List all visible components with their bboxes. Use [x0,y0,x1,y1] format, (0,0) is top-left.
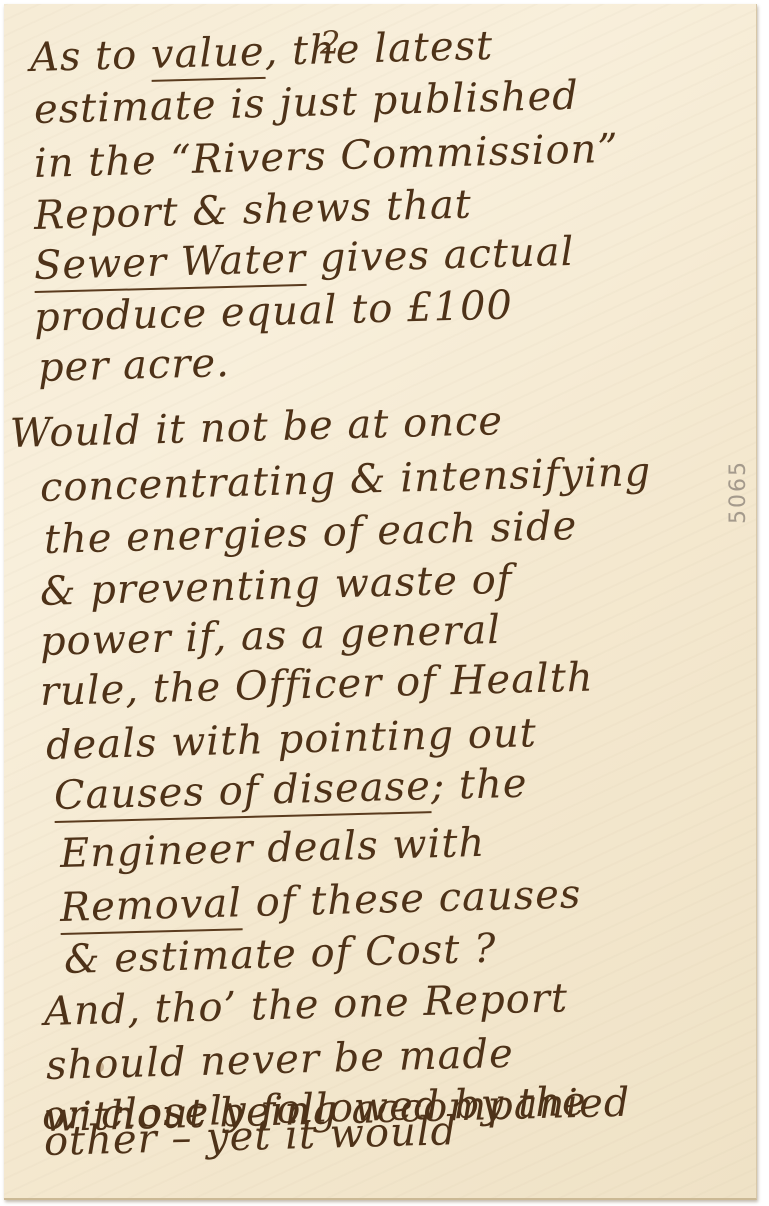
ink-blot [96,1062,104,1072]
manuscript-line: deals with pointing out [45,713,537,766]
manuscript-line: estimate is just published [33,76,579,130]
text-segment: & preventing waste of [39,557,513,615]
manuscript-line: rule, the Officer of Health [39,658,594,712]
underlined-text: value [150,29,265,82]
text-segment: And, tho’ the one Report [43,975,568,1035]
manuscript-line: Removal of these causes [59,874,581,928]
text-segment: rule, the Officer of Health [39,655,594,715]
text-segment: of these causes [241,871,582,926]
margin-pencil-annotation: 5065 [726,460,751,524]
text-segment: other – yet it would [43,1108,457,1165]
manuscript-line: As to value, the latest [29,26,493,78]
text-segment: per acre. [37,340,230,391]
manuscript-line: & estimate of Cost ? [63,929,497,980]
manuscript-line: Report & shews that [33,185,472,236]
underlined-text: Removal [59,880,242,935]
manuscript-line: per acre. [37,343,230,388]
underlined-text: Causes of disease [53,763,431,823]
text-segment: & estimate of Cost ? [63,926,497,983]
manuscript-line: Would it not be at once [9,401,503,454]
text-segment: deals with pointing out [45,710,537,769]
manuscript-line: in the “Rivers Commission” [33,129,619,184]
text-segment: gives actual [305,229,574,282]
text-segment: ; the [430,761,528,810]
text-segment: Would it not be at once [9,398,503,457]
text-segment: should never be made [45,1031,514,1089]
text-segment: Engineer deals with [59,820,485,877]
text-segment: , the latest [264,23,494,75]
manuscript-line: And, tho’ the one Report [43,978,568,1032]
manuscript-page: 2 As to value, the latestestimate is jus… [4,4,757,1200]
manuscript-line: produce equal to £100 [33,285,513,338]
text-segment: concentrating & intensifying [39,449,651,511]
text-segment: produce equal to £100 [33,282,513,341]
manuscript-line: Engineer deals with [59,823,485,874]
text-segment: in the “Rivers Commission” [33,126,619,187]
manuscript-line: Sewer Water gives actual [33,232,574,286]
text-segment: the energies of each side [43,503,577,563]
manuscript-line: Causes of disease; the [53,764,527,816]
manuscript-line: concentrating & intensifying [39,452,651,508]
manuscript-line: power if, as a general [39,610,501,662]
text-segment: estimate is just published [33,73,579,133]
text-segment: Report & shews that [33,182,472,239]
text-segment: power if, as a general [39,607,501,665]
text-segment: As to [29,32,151,81]
manuscript-line: should never be made [45,1034,514,1086]
manuscript-line: & preventing waste of [39,560,513,612]
underlined-text: Sewer Water [33,236,306,293]
manuscript-line: other – yet it would [43,1111,457,1162]
manuscript-line: the energies of each side [43,506,577,560]
